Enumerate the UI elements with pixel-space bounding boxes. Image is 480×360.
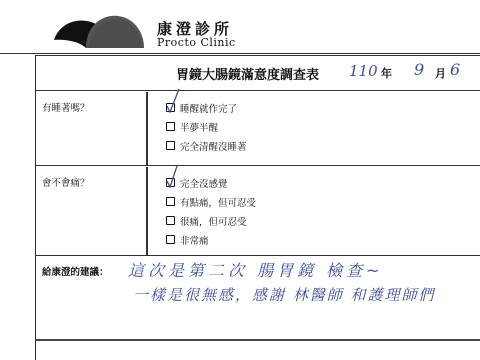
clinic-name-en: Procto Clinic [157,36,236,49]
option-label: 完全清醒沒睡著 [180,139,247,153]
option-item[interactable]: 非常痛 [166,230,256,249]
option-label: 很痛，但可忍受 [180,214,247,228]
checkbox[interactable] [166,216,175,225]
date-month-label: 月 [435,65,446,81]
checkbox[interactable] [166,122,175,131]
form-title: 胃鏡大腸鏡滿意度調查表 [176,64,319,83]
option-item[interactable]: 半夢半醒 [166,117,247,136]
option-label: 睡醒就作完了 [180,101,237,115]
checkbox[interactable] [166,197,175,206]
option-label: 有點痛，但可忍受 [180,195,256,209]
suggestion-label: 給康澄的建議： [42,264,109,278]
date-month-value[interactable]: 9 [414,60,424,79]
option-item[interactable]: 完全沒感覺 [166,173,256,192]
form-bottom-border [35,339,480,341]
options-list: 睡醒就作完了 半夢半醒 完全清醒沒睡著 [166,98,247,155]
column-divider [146,167,148,255]
option-item[interactable]: 完全清醒沒睡著 [166,136,247,155]
option-item[interactable]: 睡醒就作完了 [166,98,247,117]
suggestion-row: 給康澄的建議： 這次是第二次 腸胃鏡 檢查~ 一樣是很無感，感謝 林醫師 和護理… [36,256,480,340]
clinic-logo-icon [52,12,148,48]
option-label: 半夢半醒 [180,120,218,134]
checkbox-checked[interactable] [166,178,175,187]
option-label: 完全沒感覺 [180,176,228,190]
checkbox[interactable] [166,235,175,244]
suggestion-text-line2[interactable]: 一樣是很無感，感謝 林醫師 和護理師們 [133,284,436,305]
date-year-value[interactable]: 110 [349,62,378,80]
suggestion-text-line1[interactable]: 這次是第二次 腸胃鏡 檢查~ [128,258,384,281]
header-divider [0,53,480,54]
handwritten-check-icon [165,88,181,114]
question-row-sleep: 有睡著嗎？ 睡醒就作完了 半夢半醒 完全清醒沒睡著 [36,92,480,166]
date-day-value[interactable]: 6 [450,60,460,79]
question-row-pain: 會不會痛？ 完全沒感覺 有點痛，但可忍受 很痛，但可忍受 非常痛 [36,167,480,256]
handwritten-check-icon [165,163,181,189]
survey-form: 胃鏡大腸鏡滿意度調查表 110 年 9 月 6 有睡著嗎？ 睡醒就作完了 半夢半… [35,55,480,360]
checkbox[interactable] [166,141,175,150]
column-divider [146,92,148,165]
option-item[interactable]: 很痛，但可忍受 [166,211,256,230]
option-item[interactable]: 有點痛，但可忍受 [166,192,256,211]
options-list: 完全沒感覺 有點痛，但可忍受 很痛，但可忍受 非常痛 [166,173,256,249]
question-label: 有睡著嗎？ [42,100,90,114]
form-title-row: 胃鏡大腸鏡滿意度調查表 110 年 9 月 6 [36,56,480,91]
checkbox-checked[interactable] [166,103,175,112]
date-year-label: 年 [381,65,392,81]
option-label: 非常痛 [180,233,209,247]
question-label: 會不會痛？ [42,175,90,189]
